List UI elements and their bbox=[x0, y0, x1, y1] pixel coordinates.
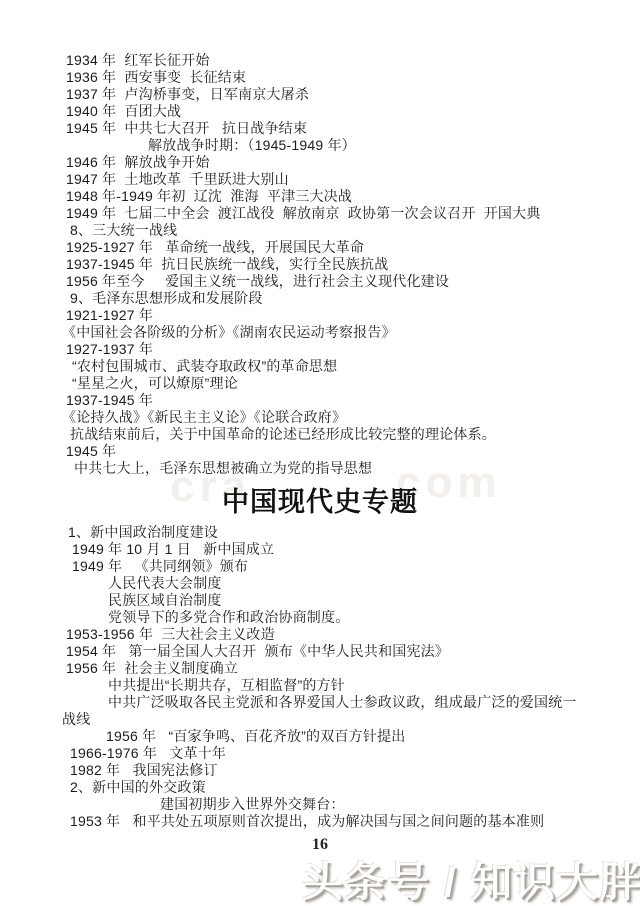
timeline-line: 中共七大上，毛泽东思想被确立为党的指导思想 bbox=[0, 460, 640, 477]
timeline-line: 党领导下的多党合作和政治协商制度。 bbox=[0, 609, 640, 626]
timeline-line: 民族区域自治制度 bbox=[0, 592, 640, 609]
timeline-line: 1966-1976 年 文革十年 bbox=[0, 745, 640, 762]
timeline-line: “星星之火，可以燎原”理论 bbox=[0, 375, 640, 392]
timeline-line: 1948 年-1949 年初 辽沈 淮海 平津三大决战 bbox=[0, 188, 640, 205]
timeline-line: 1937-1945 年 bbox=[0, 392, 640, 409]
timeline-line: 1982 年 我国宪法修订 bbox=[0, 762, 640, 779]
timeline-line: 1927-1937 年 bbox=[0, 341, 640, 358]
timeline-line: 1946 年 解放战争开始 bbox=[0, 154, 640, 171]
timeline-line: 战线 bbox=[0, 711, 640, 728]
timeline-line: 1947 年 土地改革 千里跃进大别山 bbox=[0, 171, 640, 188]
timeline-line: 建国初期步入世界外交舞台： bbox=[0, 796, 640, 813]
timeline-line: 《论持久战》《新民主主义论》《论联合政府》 bbox=[0, 409, 640, 426]
timeline-revolutionary-history: 1934 年 红军长征开始1936 年 西安事变 长征结束1937 年 卢沟桥事… bbox=[0, 52, 640, 477]
timeline-line: 8、三大统一战线 bbox=[0, 222, 640, 239]
timeline-line: 《中国社会各阶级的分析》《湖南农民运动考察报告》 bbox=[0, 324, 640, 341]
timeline-line: 人民代表大会制度 bbox=[0, 575, 640, 592]
timeline-line: 1921-1927 年 bbox=[0, 307, 640, 324]
timeline-line: 1954 年 第一届全国人大召开 颁布《中华人民共和国宪法》 bbox=[0, 643, 640, 660]
timeline-line: 中共广泛吸取各民主党派和各界爱国人士参政议政，组成最广泛的爱国统一 bbox=[0, 694, 640, 711]
timeline-line: 1945 年 中共七大召开 抗日战争结束 bbox=[0, 120, 640, 137]
timeline-line: 1953-1956 年 三大社会主义改造 bbox=[0, 626, 640, 643]
timeline-line: 1956 年 社会主义制度确立 bbox=[0, 660, 640, 677]
timeline-line: “农村包围城市、武装夺取政权”的革命思想 bbox=[0, 358, 640, 375]
timeline-line: 9、毛泽东思想形成和发展阶段 bbox=[0, 290, 640, 307]
timeline-line: 1956 年至今 爱国主义统一战线，进行社会主义现代化建设 bbox=[0, 273, 640, 290]
timeline-line: 2、新中国的外交政策 bbox=[0, 779, 640, 796]
timeline-line: 抗战结束前后，关于中国革命的论述已经形成比较完整的理论体系。 bbox=[0, 426, 640, 443]
timeline-modern-china: 1、新中国政治制度建设1949 年 10 月 1 日 新中国成立1949 年 《… bbox=[0, 524, 640, 830]
timeline-line: 1934 年 红军长征开始 bbox=[0, 52, 640, 69]
timeline-line: 1936 年 西安事变 长征结束 bbox=[0, 69, 640, 86]
document-page: cra com 1934 年 红军长征开始1936 年 西安事变 长征结束193… bbox=[0, 0, 640, 906]
timeline-line: 1949 年 七届二中全会 渡江战役 解放南京 政协第一次会议召开 开国大典 bbox=[0, 205, 640, 222]
timeline-line: 1、新中国政治制度建设 bbox=[0, 524, 640, 541]
timeline-line: 1953 年 和平共处五项原则首次提出，成为解决国与国之间问题的基本准则 bbox=[0, 813, 640, 830]
timeline-line: 1937-1945 年 抗日民族统一战线，实行全民族抗战 bbox=[0, 256, 640, 273]
timeline-line: 解放战争时期：（1945-1949 年） bbox=[0, 137, 640, 154]
timeline-line: 1925-1927 年 革命统一战线，开展国民大革命 bbox=[0, 239, 640, 256]
timeline-line: 1937 年 卢沟桥事变，日军南京大屠杀 bbox=[0, 86, 640, 103]
timeline-line: 中共提出“长期共存，互相监督”的方针 bbox=[0, 677, 640, 694]
timeline-line: 1945 年 bbox=[0, 443, 640, 460]
timeline-line: 1940 年 百团大战 bbox=[0, 103, 640, 120]
section-heading: 中国现代史专题 bbox=[0, 480, 640, 519]
toutiao-watermark: 头条号 / 知识大胖 bbox=[302, 849, 640, 906]
timeline-line: 1949 年 10 月 1 日 新中国成立 bbox=[0, 541, 640, 558]
timeline-line: 1949 年 《共同纲领》颁布 bbox=[0, 558, 640, 575]
timeline-line: 1956 年 “百家争鸣、百花齐放”的双百方针提出 bbox=[0, 728, 640, 745]
